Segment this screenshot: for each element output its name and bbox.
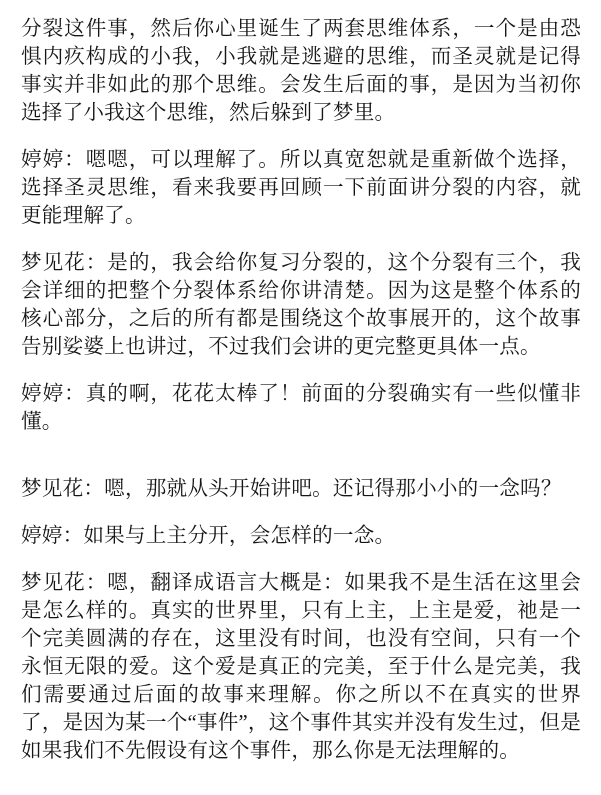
paragraph-mengjianhua-1: 梦见花：是的，我会给你复习分裂的，这个分裂有三个，我会详细的把整个分裂体系给你讲… xyxy=(21,249,581,361)
paragraph-mengjianhua-3: 梦见花：嗯，翻译成语言大概是：如果我不是生活在这里会是怎么样的。真实的世界里，只… xyxy=(21,569,581,765)
paragraph-tingting-2: 婷婷：真的啊，花花太棒了！前面的分裂确实有一些似懂非懂。 xyxy=(21,380,581,436)
paragraph-tingting-3: 婷婷：如果与上主分开，会怎样的一念。 xyxy=(21,522,581,550)
paragraph-continuation: 分裂这件事，然后你心里诞生了两套思维体系，一个是由恐惧内疚构成的小我，小我就是逃… xyxy=(21,15,581,127)
paragraph-mengjianhua-2: 梦见花：嗯，那就从头开始讲吧。还记得那小小的一念吗？ xyxy=(21,475,581,503)
document-page: 分裂这件事，然后你心里诞生了两套思维体系，一个是由恐惧内疚构成的小我，小我就是逃… xyxy=(0,0,601,795)
paragraph-tingting-1: 婷婷：嗯嗯，可以理解了。所以真宽恕就是重新做个选择，选择圣灵思维，看来我要再回顾… xyxy=(21,146,581,230)
